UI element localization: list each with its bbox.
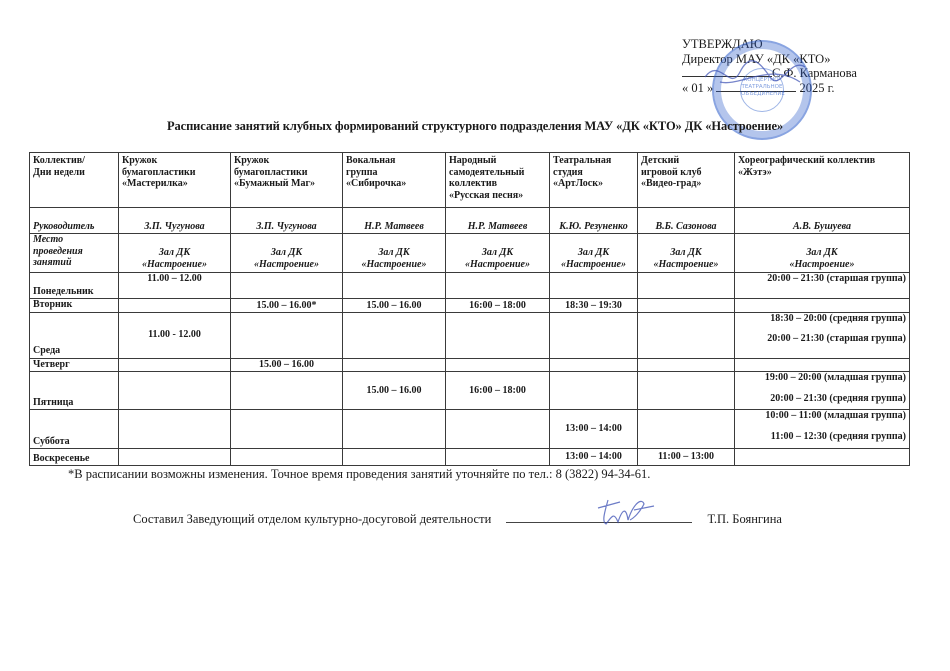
schedule-cell: 18:30 – 19:30	[550, 299, 638, 313]
column-header: Народныйсамодеятельныйколлектив«Русская …	[446, 153, 550, 208]
corner-header: Коллектив/ Дни недели	[30, 153, 119, 208]
place-line: Зал ДК	[122, 247, 227, 259]
schedule-cell: 16:00 – 18:00	[446, 372, 550, 410]
time-slot: 18:30 – 20:00 (средняя группа)	[738, 313, 906, 325]
table-row: Суббота13:00 – 14:0010:00 – 11:00 (младш…	[30, 410, 910, 449]
day-label: Понедельник	[30, 273, 119, 299]
spacer	[738, 384, 906, 393]
schedule-cell	[119, 449, 231, 466]
composer-line: Составил Заведующий отделом культурно-до…	[133, 512, 782, 527]
table-row: Четверг15.00 – 16.00	[30, 358, 910, 372]
schedule-cell	[446, 358, 550, 372]
day-label: Суббота	[30, 410, 119, 449]
leader-cell: В.Б. Сазонова	[638, 208, 735, 234]
column-header: Вокальнаягруппа«Сибирочка»	[343, 153, 446, 208]
schedule-cell	[343, 312, 446, 358]
column-header-line: Хореографический коллектив	[738, 155, 906, 167]
column-header-line: бумагопластики	[122, 167, 227, 179]
schedule-cell	[550, 273, 638, 299]
spacer	[738, 324, 906, 333]
approval-name: С.Ф. Карманова	[772, 66, 857, 80]
schedule-cell	[343, 273, 446, 299]
composer-signature-blank	[506, 512, 692, 523]
schedule-cell	[446, 449, 550, 466]
schedule-cell	[231, 372, 343, 410]
place-cell: Зал ДК«Настроение»	[735, 234, 910, 273]
place-cell: Зал ДК«Настроение»	[446, 234, 550, 273]
column-header-line: бумагопластики	[234, 167, 339, 179]
leader-row: Руководитель З.П. Чугунова З.П. Чугунова…	[30, 208, 910, 234]
schedule-cell: 11.00 – 12.00	[119, 273, 231, 299]
column-header: Кружокбумагопластики«Бумажный Маг»	[231, 153, 343, 208]
column-header-line: Народный	[449, 155, 546, 167]
column-header-line: «Бумажный Маг»	[234, 178, 339, 190]
time-slot: 20:00 – 21:30 (старшая группа)	[738, 273, 906, 285]
place-line: «Настроение»	[234, 259, 339, 271]
corner-header-line: Коллектив/	[33, 155, 115, 167]
schedule-table: Коллектив/ Дни недели Кружокбумагопласти…	[29, 152, 910, 466]
table-row: Пятница15.00 – 16.0016:00 – 18:0019:00 –…	[30, 372, 910, 410]
place-line: Зал ДК	[234, 247, 339, 259]
place-line: «Настроение»	[122, 259, 227, 271]
composer-name: Т.П. Боянгина	[708, 512, 782, 526]
date-blank	[716, 91, 796, 92]
place-line: Зал ДК	[346, 247, 442, 259]
schedule-cell: 15.00 – 16.00	[343, 299, 446, 313]
schedule-cell	[638, 358, 735, 372]
composer-label: Составил Заведующий отделом культурно-до…	[133, 512, 491, 526]
time-slot: 20:00 – 21:30 (старшая группа)	[738, 333, 906, 345]
place-label: Место проведения занятий	[30, 234, 119, 273]
place-line: Зал ДК	[738, 247, 906, 259]
column-header-line: коллектив	[449, 178, 546, 190]
column-header: Хореографический коллектив«Жэтэ»	[735, 153, 910, 208]
schedule-cell	[550, 312, 638, 358]
schedule-cell: 15.00 – 16.00	[343, 372, 446, 410]
schedule-cell: 18:30 – 20:00 (средняя группа)20:00 – 21…	[735, 312, 910, 358]
time-slot: 20:00 – 21:30 (средняя группа)	[738, 393, 906, 405]
schedule-cell	[343, 410, 446, 449]
leader-label: Руководитель	[30, 208, 119, 234]
table-row: Воскресенье13:00 – 14:0011:00 – 13:00	[30, 449, 910, 466]
schedule-cell: 10:00 – 11:00 (младшая группа)11:00 – 12…	[735, 410, 910, 449]
day-label: Пятница	[30, 372, 119, 410]
schedule-cell: 15.00 – 16.00*	[231, 299, 343, 313]
schedule-cell	[119, 358, 231, 372]
column-header: Кружокбумагопластики«Мастерилка»	[119, 153, 231, 208]
place-line: «Настроение»	[449, 259, 546, 271]
column-header-line: Кружок	[122, 155, 227, 167]
column-header: Детскийигровой клуб«Видео-град»	[638, 153, 735, 208]
schedule-cell	[231, 410, 343, 449]
leader-cell: Н.Р. Матвеев	[446, 208, 550, 234]
place-cell: Зал ДК«Настроение»	[343, 234, 446, 273]
approval-year: 2025 г.	[800, 81, 835, 95]
approval-date-line: « 01 » 2025 г.	[682, 81, 857, 96]
place-line: «Настроение»	[553, 259, 634, 271]
leader-cell: А.В. Бушуева	[735, 208, 910, 234]
table-row: Вторник15.00 – 16.00*15.00 – 16.0016:00 …	[30, 299, 910, 313]
schedule-cell: 20:00 – 21:30 (старшая группа)	[735, 273, 910, 299]
day-label: Вторник	[30, 299, 119, 313]
column-header-line: Детский	[641, 155, 731, 167]
leader-cell: Н.Р. Матвеев	[343, 208, 446, 234]
schedule-cell	[119, 372, 231, 410]
approval-date-day: « 01 »	[682, 81, 713, 95]
header-row: Коллектив/ Дни недели Кружокбумагопласти…	[30, 153, 910, 208]
place-line: Зал ДК	[641, 247, 731, 259]
schedule-cell	[119, 299, 231, 313]
column-header-line: Кружок	[234, 155, 339, 167]
column-header-line: группа	[346, 167, 442, 179]
table-row: Понедельник11.00 – 12.0020:00 – 21:30 (с…	[30, 273, 910, 299]
column-header-line: Вокальная	[346, 155, 442, 167]
place-cell: Зал ДК«Настроение»	[550, 234, 638, 273]
time-slot: 11:00 – 12:30 (средняя группа)	[738, 431, 906, 443]
column-header-line: «АртЛоск»	[553, 178, 634, 190]
place-row: Место проведения занятий Зал ДК«Настроен…	[30, 234, 910, 273]
spacer	[738, 422, 906, 431]
schedule-cell	[638, 312, 735, 358]
schedule-cell	[231, 449, 343, 466]
schedule-cell: 19:00 – 20:00 (младшая группа)20:00 – 21…	[735, 372, 910, 410]
leader-cell: З.П. Чугунова	[119, 208, 231, 234]
place-line: «Настроение»	[641, 259, 731, 271]
schedule-cell: 13:00 – 14:00	[550, 410, 638, 449]
schedule-cell	[638, 273, 735, 299]
place-line: Зал ДК	[449, 247, 546, 259]
day-label: Воскресенье	[30, 449, 119, 466]
schedule-cell	[735, 358, 910, 372]
place-line: «Настроение»	[346, 259, 442, 271]
schedule-cell: 11:00 – 13:00	[638, 449, 735, 466]
schedule-cell	[638, 372, 735, 410]
schedule-cell	[446, 312, 550, 358]
column-header-line: самодеятельный	[449, 167, 546, 179]
column-header-line: «Русская песня»	[449, 190, 546, 202]
day-rows: Понедельник11.00 – 12.0020:00 – 21:30 (с…	[30, 273, 910, 466]
schedule-cell	[343, 358, 446, 372]
corner-header-line: Дни недели	[33, 167, 115, 179]
place-label-line: Место	[33, 234, 115, 246]
schedule-cell	[550, 372, 638, 410]
schedule-cell	[446, 410, 550, 449]
column-header: Театральнаястудия«АртЛоск»	[550, 153, 638, 208]
column-header-line: «Сибирочка»	[346, 178, 442, 190]
page-title: Расписание занятий клубных формирований …	[0, 119, 950, 134]
place-label-line: занятий	[33, 257, 115, 269]
place-label-line: проведения	[33, 246, 115, 258]
leader-cell: З.П. Чугунова	[231, 208, 343, 234]
approval-position: Директор МАУ «ДК «КТО»	[682, 52, 857, 67]
approval-signature-line: С.Ф. Карманова	[682, 66, 857, 81]
column-header-line: «Жэтэ»	[738, 167, 906, 179]
time-slot: 19:00 – 20:00 (младшая группа)	[738, 372, 906, 384]
schedule-cell: 15.00 – 16.00	[231, 358, 343, 372]
day-label: Четверг	[30, 358, 119, 372]
footnote: *В расписании возможны изменения. Точное…	[68, 467, 650, 482]
column-header-line: игровой клуб	[641, 167, 731, 179]
schedule-cell	[638, 299, 735, 313]
schedule-cell	[735, 299, 910, 313]
schedule-cell	[638, 410, 735, 449]
column-header-line: «Мастерилка»	[122, 178, 227, 190]
schedule-cell: 16:00 – 18:00	[446, 299, 550, 313]
schedule-cell	[735, 449, 910, 466]
column-header-line: «Видео-град»	[641, 178, 731, 190]
time-slot: 10:00 – 11:00 (младшая группа)	[738, 410, 906, 422]
place-cell: Зал ДК«Настроение»	[638, 234, 735, 273]
place-line: Зал ДК	[553, 247, 634, 259]
schedule-cell	[550, 358, 638, 372]
day-label: Среда	[30, 312, 119, 358]
schedule-cell	[446, 273, 550, 299]
schedule-cell	[119, 410, 231, 449]
schedule-cell: 13:00 – 14:00	[550, 449, 638, 466]
column-header-line: студия	[553, 167, 634, 179]
schedule-cell	[231, 273, 343, 299]
approval-block: УТВЕРЖДАЮ Директор МАУ «ДК «КТО» С.Ф. Ка…	[682, 37, 857, 95]
schedule-cell	[231, 312, 343, 358]
schedule-cell	[343, 449, 446, 466]
place-cell: Зал ДК«Настроение»	[231, 234, 343, 273]
approval-label: УТВЕРЖДАЮ	[682, 37, 857, 52]
signature-blank	[682, 76, 772, 77]
column-header-line: Театральная	[553, 155, 634, 167]
place-line: «Настроение»	[738, 259, 906, 271]
table-row: Среда11.00 - 12.0018:30 – 20:00 (средняя…	[30, 312, 910, 358]
place-cell: Зал ДК«Настроение»	[119, 234, 231, 273]
schedule-cell: 11.00 - 12.00	[119, 312, 231, 358]
leader-cell: К.Ю. Резуненко	[550, 208, 638, 234]
